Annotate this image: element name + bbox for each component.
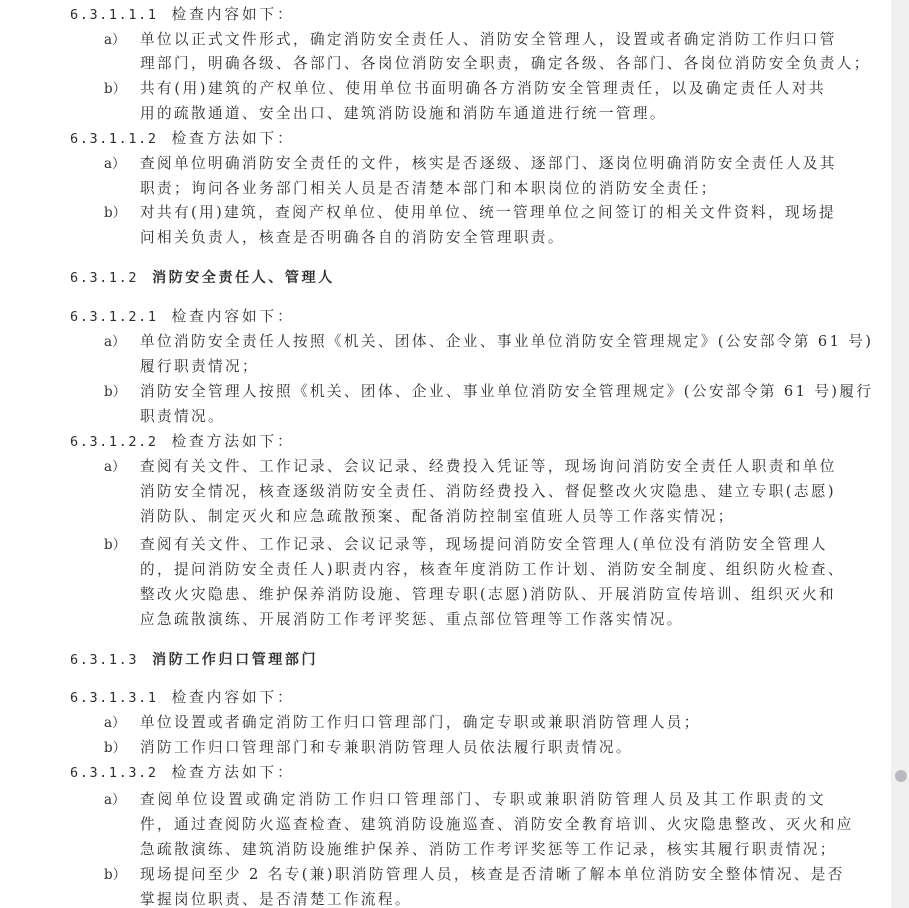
clause-number: 6.3.1.3.1 xyxy=(70,690,158,706)
clause-title: 检查方法如下： xyxy=(172,764,295,781)
list-marker: a） xyxy=(104,28,134,52)
scroll-thumb[interactable] xyxy=(895,770,907,782)
subsection-title: 消防安全责任人、管理人 xyxy=(152,270,335,286)
clause-heading-6-3-1-2-2: 6.3.1.2.2检查方法如下： xyxy=(70,430,295,454)
list-item-text: 消防安全管理人按照《机关、团体、企业、事业单位消防安全管理规定》(公安部令第 6… xyxy=(140,380,826,404)
clause-number: 6.3.1.1.2 xyxy=(70,131,158,147)
list-item-text: 查阅有关文件、工作记录、会议记录、经费投入凭证等，现场询问消防安全责任人职责和单… xyxy=(140,455,826,479)
vertical-scrollbar[interactable] xyxy=(891,0,909,908)
list-marker: b） xyxy=(104,863,134,887)
list-marker: b） xyxy=(104,533,134,557)
clause-title: 检查方法如下： xyxy=(172,130,295,147)
subsection-title: 消防工作归口管理部门 xyxy=(152,652,318,668)
list-marker: a） xyxy=(104,330,134,354)
subsection-number: 6.3.1.2 xyxy=(70,270,138,286)
list-item-text: 单位以正式文件形式，确定消防安全责任人、消防安全管理人，设置或者确定消防工作归口… xyxy=(140,28,826,52)
list-item-text: 职责；询问各业务部门相关人员是否清楚本部门和本职岗位的消防安全责任； xyxy=(140,177,826,201)
list-marker: b） xyxy=(104,380,134,404)
subsection-heading-6-3-1-2: 6.3.1.2消防安全责任人、管理人 xyxy=(70,266,335,290)
list-item-text: 消防队、制定灭火和应急疏散预案、配备消防控制室值班人员等工作落实情况； xyxy=(140,505,826,529)
list-item-text: 用的疏散通道、安全出口、建筑消防设施和消防车通道进行统一管理。 xyxy=(140,102,826,126)
list-item-text: 理部门，明确各级、各部门、各岗位消防安全职责，确定各级、各部门、各岗位消防安全负… xyxy=(140,52,826,76)
list-marker: b） xyxy=(104,77,134,101)
list-item-text: 消防安全情况，核查逐级消防安全责任、消防经费投入、督促整改火灾隐患、建立专职(志… xyxy=(140,480,826,504)
list-marker: b） xyxy=(104,736,134,760)
list-item-text: 现场提问至少 2 名专(兼)职消防管理人员，核查是否清晰了解本单位消防安全整体情… xyxy=(140,863,826,887)
clause-title: 检查方法如下： xyxy=(172,433,295,450)
list-item-text: 消防工作归口管理部门和专兼职消防管理人员依法履行职责情况。 xyxy=(140,736,826,760)
list-item-text: 掌握岗位职责、是否清楚工作流程。 xyxy=(140,888,826,908)
list-marker: a） xyxy=(104,711,134,735)
clause-number: 6.3.1.2.2 xyxy=(70,434,158,450)
list-item-text: 的，提问消防安全责任人)职责内容，核查年度消防工作计划、消防安全制度、组织防火检… xyxy=(140,558,826,582)
list-item-text: 问相关负责人，核查是否明确各自的消防安全管理职责。 xyxy=(140,226,826,250)
subsection-heading-6-3-1-3: 6.3.1.3消防工作归口管理部门 xyxy=(70,648,318,672)
list-item-text: 查阅有关文件、工作记录、会议记录等，现场提问消防安全管理人(单位没有消防安全管理… xyxy=(140,533,826,557)
clause-title: 检查内容如下： xyxy=(172,689,295,706)
clause-title: 检查内容如下： xyxy=(172,6,295,23)
clause-heading-6-3-1-2-1: 6.3.1.2.1检查内容如下： xyxy=(70,305,295,329)
list-item-text: 共有(用)建筑的产权单位、使用单位书面明确各方消防安全管理责任，以及确定责任人对… xyxy=(140,77,826,101)
list-item-text: 对共有(用)建筑，查阅产权单位、使用单位、统一管理单位之间签订的相关文件资料，现… xyxy=(140,201,826,225)
subsection-number: 6.3.1.3 xyxy=(70,652,138,668)
list-item-text: 查阅单位明确消防安全责任的文件，核实是否逐级、逐部门、逐岗位明确消防安全责任人及… xyxy=(140,152,826,176)
clause-heading-6-3-1-1-1: 6.3.1.1.1检查内容如下： xyxy=(70,3,295,27)
list-item-text: 查阅单位设置或确定消防工作归口管理部门、专职或兼职消防管理人员及其工作职责的文 xyxy=(140,788,826,812)
clause-heading-6-3-1-3-1: 6.3.1.3.1检查内容如下： xyxy=(70,686,295,710)
list-marker: a） xyxy=(104,455,134,479)
list-item-text: 急疏散演练、建筑消防设施维护保养、消防工作考评奖惩等工作记录，核实其履行职责情况… xyxy=(140,838,826,862)
document-page: 6.3.1.1.1检查内容如下： a） 单位以正式文件形式，确定消防安全责任人、… xyxy=(0,0,891,908)
clause-heading-6-3-1-1-2: 6.3.1.1.2检查方法如下： xyxy=(70,127,295,151)
clause-number: 6.3.1.2.1 xyxy=(70,309,158,325)
list-item-text: 单位设置或者确定消防工作归口管理部门，确定专职或兼职消防管理人员； xyxy=(140,711,826,735)
list-item-text: 单位消防安全责任人按照《机关、团体、企业、事业单位消防安全管理规定》(公安部令第… xyxy=(140,330,826,354)
clause-number: 6.3.1.1.1 xyxy=(70,7,158,23)
list-marker: a） xyxy=(104,788,134,812)
clause-title: 检查内容如下： xyxy=(172,308,295,325)
clause-number: 6.3.1.3.2 xyxy=(70,765,158,781)
list-marker: a） xyxy=(104,152,134,176)
list-item-text: 件，通过查阅防火巡查检查、建筑消防设施巡查、消防安全教育培训、火灾隐患整改、灭火… xyxy=(140,813,826,837)
list-item-text: 整改火灾隐患、维护保养消防设施、管理专职(志愿)消防队、开展消防宣传培训、组织灭… xyxy=(140,583,826,607)
list-item-text: 应急疏散演练、开展消防工作考评奖惩、重点部位管理等工作落实情况。 xyxy=(140,608,826,632)
list-item-text: 职责情况。 xyxy=(140,405,826,429)
list-item-text: 履行职责情况； xyxy=(140,355,826,379)
clause-heading-6-3-1-3-2: 6.3.1.3.2检查方法如下： xyxy=(70,761,295,785)
list-marker: b） xyxy=(104,201,134,225)
